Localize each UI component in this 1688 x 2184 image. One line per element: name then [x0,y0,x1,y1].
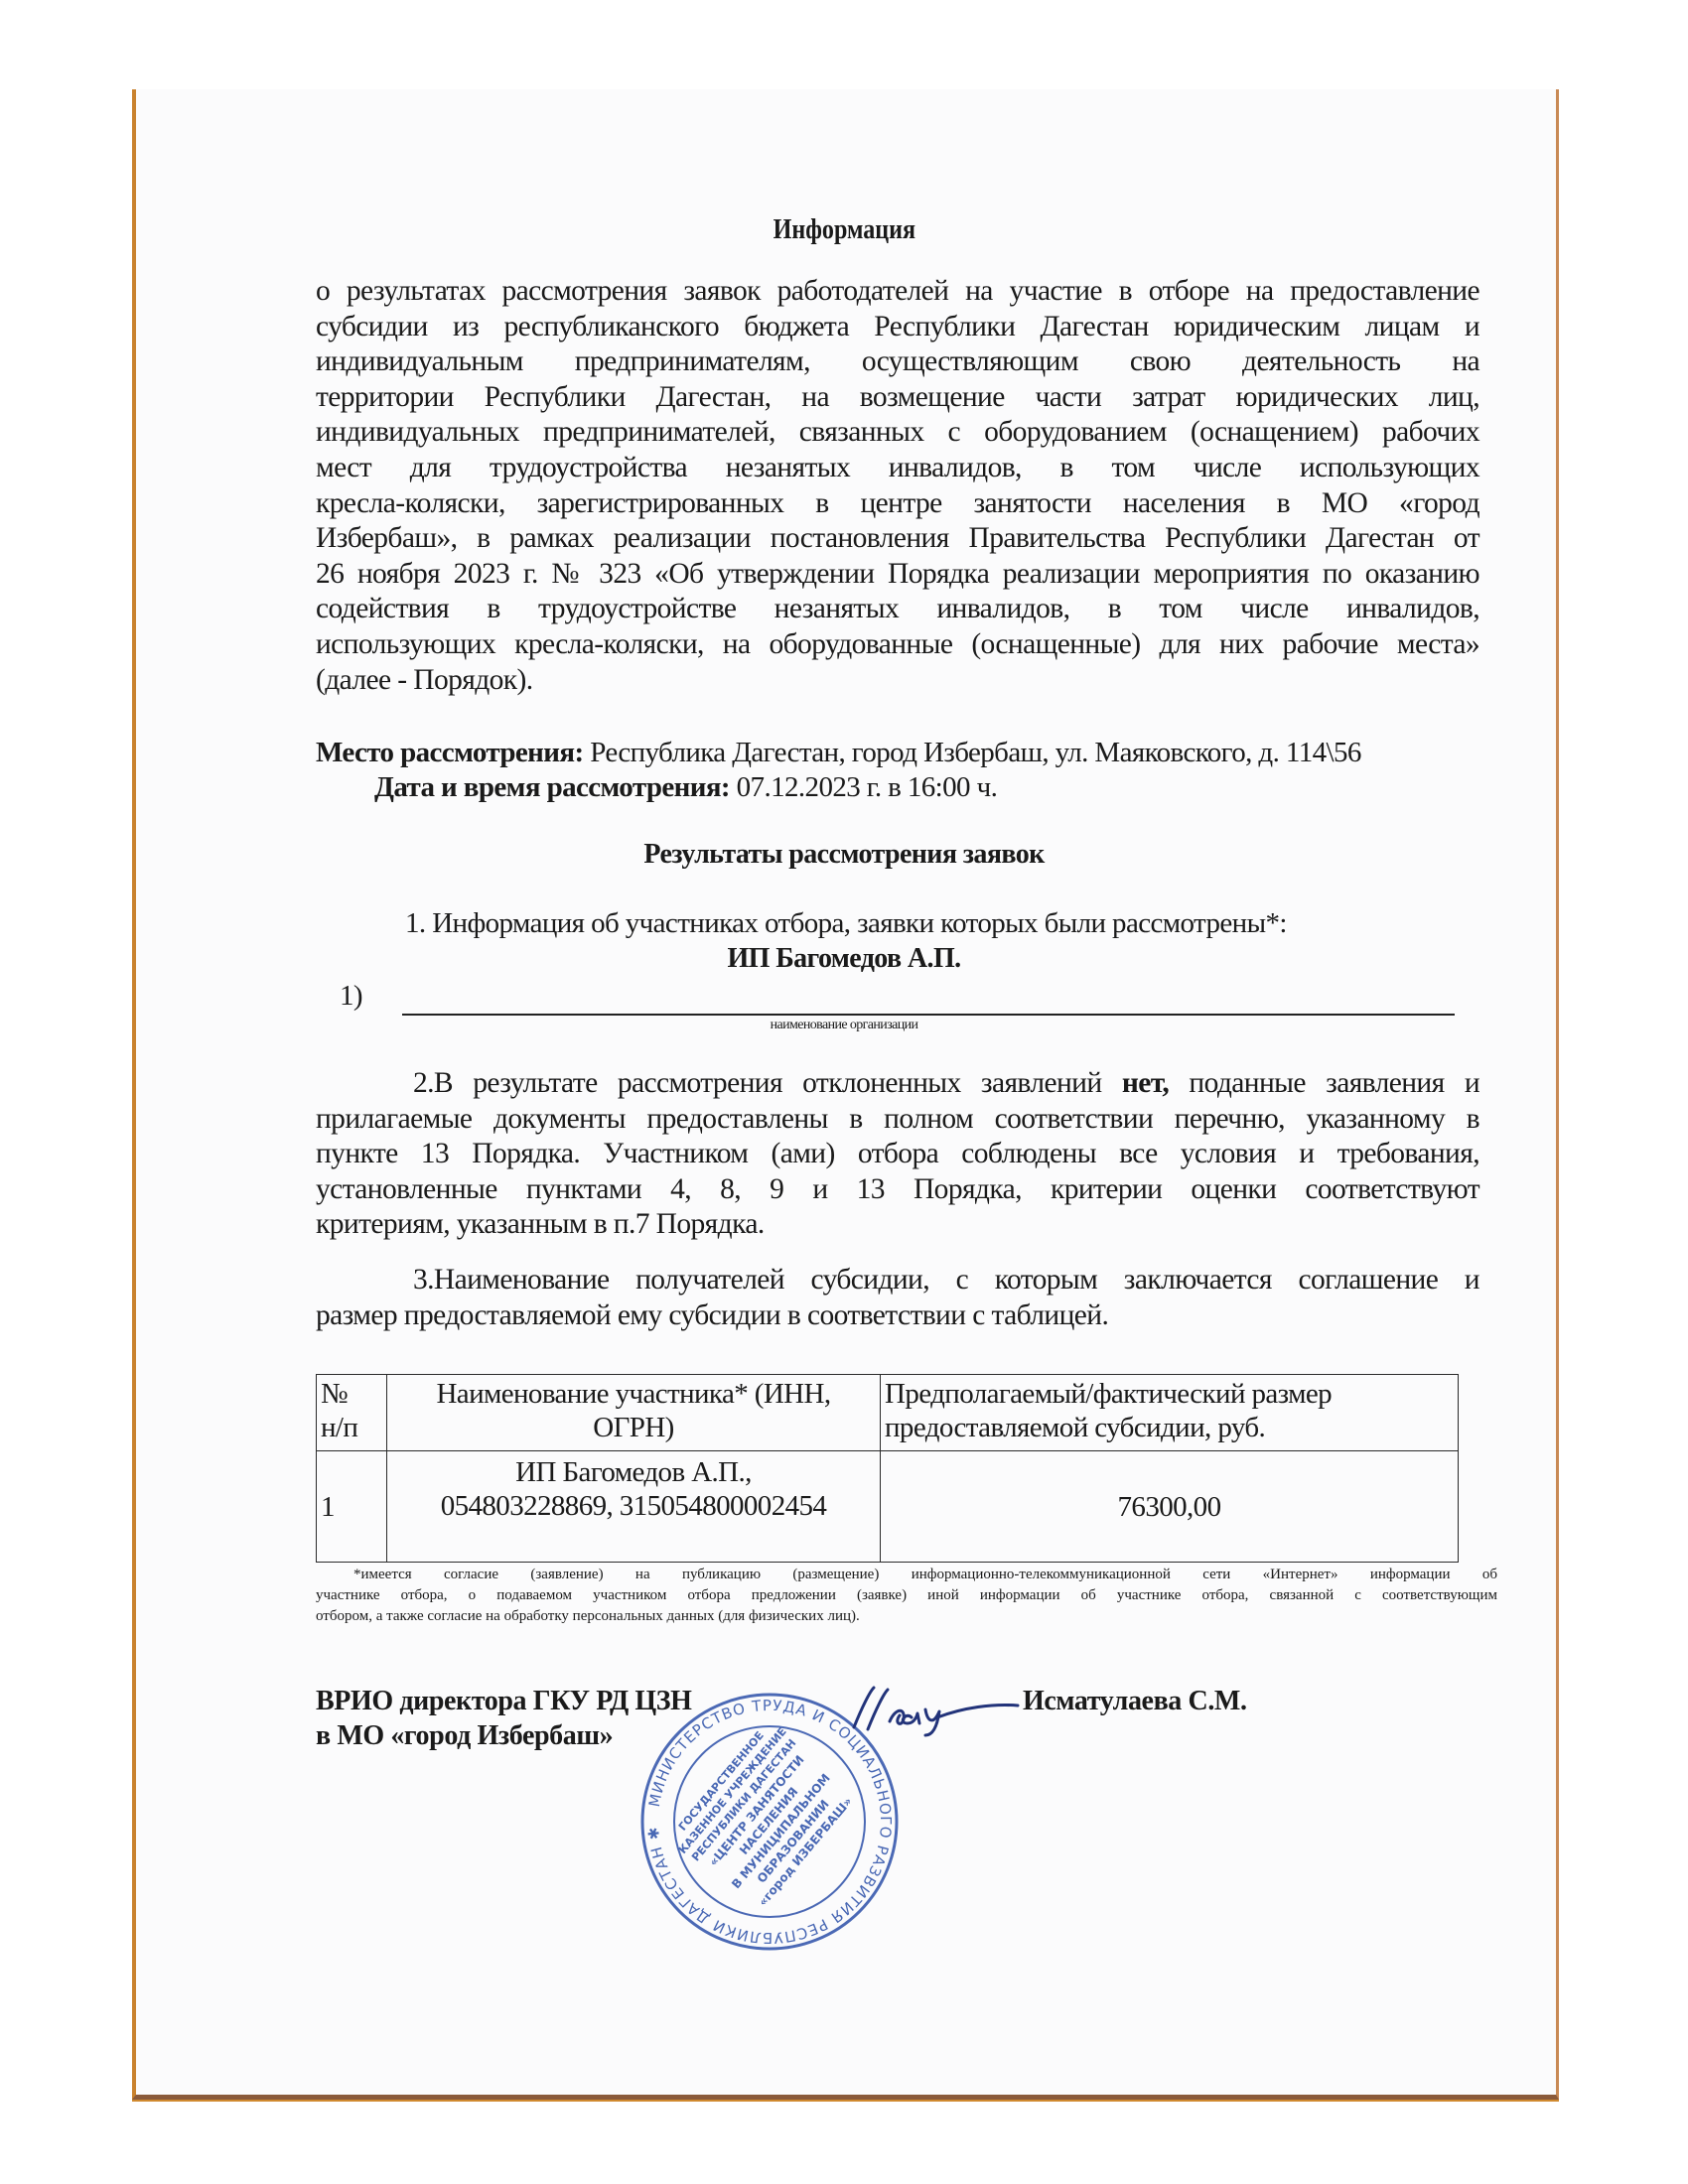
footnote-line: *имеется согласие (заявление) на публика… [316,1565,1497,1585]
signer-position-line2: в МО «город Избербаш» [316,1720,613,1752]
intro-line: содействия в трудоустройстве незанятых и… [316,592,1479,627]
section2-line: установленные пунктами 4, 8, 9 и 13 Поря… [316,1172,1479,1208]
row-amount: 76300,00 [881,1451,1459,1563]
row-participant-name: ИП Багомедов А.П., [391,1455,876,1489]
review-place-value: Республика Дагестан, город Избербаш, ул.… [590,737,1361,768]
organization-underline [402,1014,1455,1016]
review-datetime-value: 07.12.2023 г. в 16:00 ч. [737,771,998,803]
intro-paragraph: о результатах рассмотрения заявок работо… [316,274,1479,698]
signer-name: Исматулаева С.М. [1023,1686,1247,1717]
review-datetime: Дата и время рассмотрения: 07.12.2023 г.… [374,771,997,804]
footnote: *имеется согласие (заявление) на публика… [316,1565,1497,1627]
document-title: Информация [0,214,1688,246]
section2-paragraph: 2.В результате рассмотрения отклоненных … [316,1066,1479,1243]
intro-line: индивидуальным предпринимателям, осущест… [316,344,1479,380]
section3-line: 3.Наименование получателей субсидии, с к… [316,1263,1479,1298]
review-datetime-label: Дата и время рассмотрения: [374,771,730,803]
intro-line: территории Республики Дагестан, на возме… [316,380,1479,416]
intro-line: индивидуальных предпринимателей, связанн… [316,415,1479,451]
row-participant-ids: 054803228869, 315054800002454 [391,1489,876,1523]
header-amount: Предполагаемый/фактический размер предос… [881,1375,1459,1451]
intro-line: о результатах рассмотрения заявок работо… [316,274,1479,310]
section2-line: прилагаемые документы предоставлены в по… [316,1102,1479,1138]
row-participant: ИП Багомедов А.П., 054803228869, 3150548… [387,1451,881,1563]
review-place: Место рассмотрения: Республика Дагестан,… [316,737,1361,769]
intro-line: Избербаш», в рамках реализации постановл… [316,521,1479,557]
table-header-row: № н/п Наименование участника* (ИНН, ОГРН… [317,1375,1459,1451]
review-place-label: Место рассмотрения: [316,737,584,768]
underline-caption: наименование организации [0,1018,1688,1033]
intro-line: мест для трудоустройства незанятых инвал… [316,451,1479,486]
section2-line: критериям, указанным в п.7 Порядка. [316,1207,1479,1243]
rejected-none-text: нет, [1122,1067,1169,1099]
intro-line: (далее - Порядок). [316,663,1479,699]
footnote-line: отбором, а также согласие на обработку п… [316,1606,1497,1627]
intro-line: кресла-коляски, зарегистрированных в цен… [316,486,1479,522]
footnote-line: участнике отбора, о подаваемом участнико… [316,1585,1497,1606]
participant-name: ИП Багомедов А.П. [0,943,1688,975]
intro-line: 26 ноября 2023 г. № 323 «Об утверждении … [316,557,1479,593]
section2-line: пункте 13 Порядка. Участником (ами) отбо… [316,1137,1479,1172]
header-participant: Наименование участника* (ИНН, ОГРН) [387,1375,881,1451]
participant-number: 1) [340,980,362,1013]
header-number: № н/п [317,1375,387,1451]
intro-line: использующих кресла-коляски, на оборудов… [316,627,1479,663]
handwritten-signature-icon [834,1678,1023,1737]
subsidy-table: № н/п Наименование участника* (ИНН, ОГРН… [316,1374,1459,1563]
results-heading: Результаты рассмотрения заявок [0,839,1688,871]
row-number: 1 [317,1451,387,1563]
intro-line: субсидии из республиканского бюджета Рес… [316,310,1479,345]
section2-line: 2.В результате рассмотрения отклоненных … [316,1066,1479,1102]
section1-heading: 1. Информация об участниках отбора, заяв… [405,907,1287,940]
section3-line: размер предоставляемой ему субсидии в со… [316,1298,1479,1334]
section3-paragraph: 3.Наименование получателей субсидии, с к… [316,1263,1479,1333]
table-row: 1 ИП Багомедов А.П., 054803228869, 31505… [317,1451,1459,1563]
